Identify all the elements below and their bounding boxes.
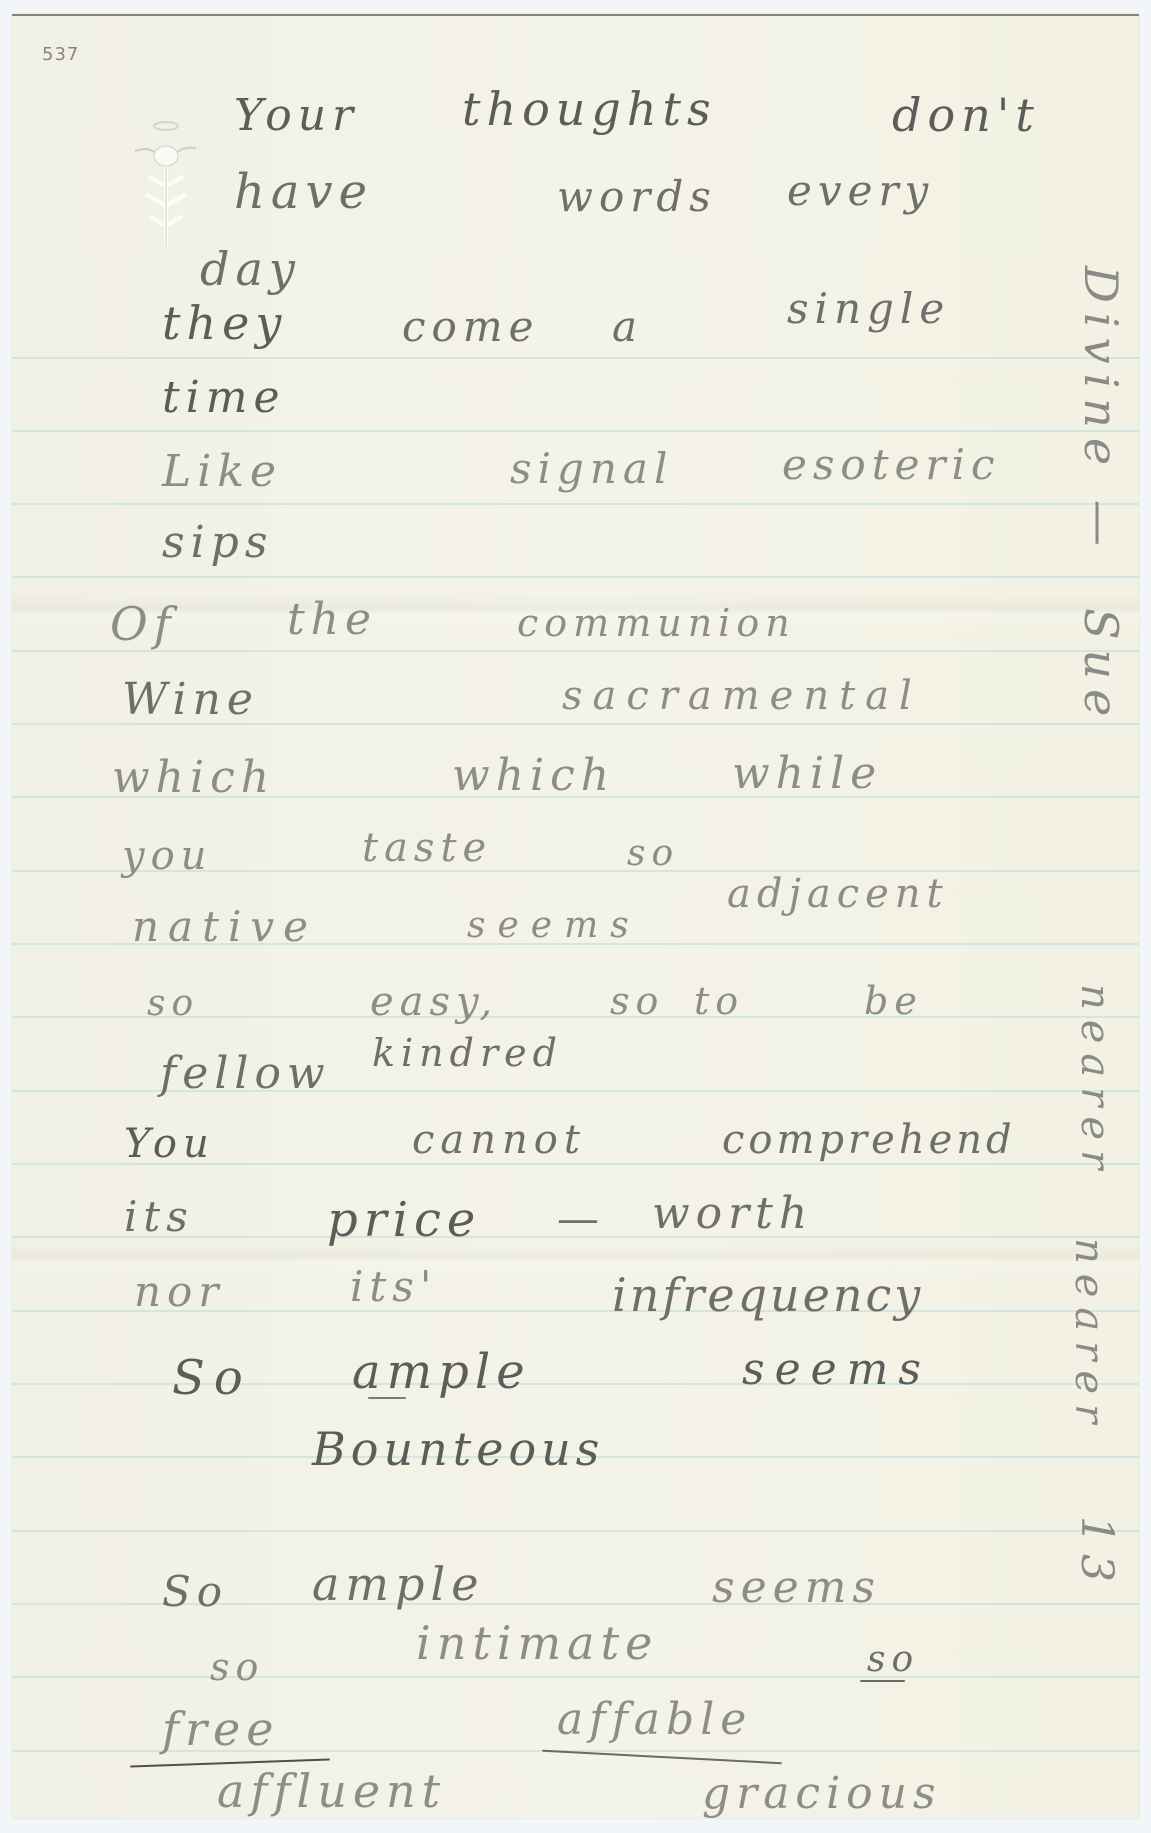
word: Wine — [122, 678, 259, 722]
word: — — [557, 1198, 605, 1240]
word: You — [124, 1124, 215, 1164]
word: which — [112, 756, 275, 800]
word: ample — [312, 1561, 484, 1607]
ruled-line — [12, 576, 1139, 578]
word: affable — [557, 1698, 752, 1742]
ruled-line — [12, 650, 1139, 652]
ruled-line — [12, 1530, 1139, 1532]
word: signal — [510, 448, 673, 490]
word: be — [864, 982, 923, 1020]
word: so — [210, 1648, 264, 1686]
word: gracious — [702, 1772, 942, 1816]
page-number: 537 — [42, 44, 79, 65]
word: seems — [467, 908, 641, 944]
margin-note: 13 — [1071, 1516, 1122, 1592]
word: communion — [517, 604, 796, 642]
word: don't — [892, 92, 1040, 138]
word: affluent — [217, 1768, 446, 1814]
word: cannot — [412, 1120, 586, 1160]
word: day — [200, 246, 301, 292]
word: time — [162, 376, 286, 420]
word: have — [234, 168, 373, 216]
word: Bounteous — [312, 1426, 604, 1472]
word: sacramental — [562, 676, 922, 716]
word: sips — [162, 521, 273, 565]
word: easy, — [370, 982, 498, 1022]
word: Like — [162, 450, 282, 494]
word: you — [122, 836, 212, 876]
word: seems — [712, 1566, 881, 1610]
word: while — [732, 752, 882, 796]
margin-note: nearer — [1072, 984, 1118, 1179]
margin-note: Divine — — [1074, 266, 1128, 556]
word: worth — [652, 1192, 813, 1236]
word: So — [172, 1354, 252, 1402]
word: its — [124, 1196, 194, 1238]
word: kindred — [372, 1034, 563, 1072]
word: esoteric — [782, 444, 1000, 486]
word: fellow — [160, 1052, 331, 1096]
ruled-line — [12, 357, 1139, 359]
word: its' — [350, 1266, 437, 1308]
word: Your — [234, 94, 359, 138]
word: the — [287, 598, 377, 642]
word: a — [612, 306, 643, 348]
word: price — [327, 1196, 481, 1244]
word: So — [162, 1571, 228, 1613]
word: which — [452, 754, 615, 798]
word: words — [557, 176, 717, 218]
ruled-line — [12, 1676, 1139, 1678]
word: come — [402, 306, 540, 348]
macron-mark — [368, 1397, 406, 1399]
ruled-line — [12, 503, 1139, 505]
word: taste — [362, 828, 492, 868]
word: free — [162, 1706, 279, 1752]
word: infrequency — [612, 1272, 923, 1318]
margin-note: nearer — [1066, 1238, 1112, 1433]
word: so — [867, 1642, 919, 1678]
word: thoughts — [462, 86, 717, 132]
word: comprehend — [722, 1120, 1016, 1160]
word: so — [610, 982, 664, 1020]
word: to — [694, 982, 744, 1020]
word: adjacent — [727, 874, 949, 914]
word: every — [787, 170, 934, 212]
word: Of — [110, 601, 177, 647]
underline-mark — [860, 1680, 905, 1682]
word: native — [132, 906, 317, 948]
word: seems — [742, 1348, 931, 1392]
thistle-emboss-icon — [130, 116, 200, 256]
word: intimate — [416, 1620, 658, 1666]
ruled-line — [12, 430, 1139, 432]
word: ample — [352, 1348, 531, 1396]
manuscript-page: 537 Your thoughts don't have words every… — [12, 14, 1139, 1818]
word: single — [787, 288, 950, 330]
word: so — [627, 836, 679, 872]
word: they — [162, 300, 287, 346]
word: nor — [134, 1271, 224, 1313]
margin-note: Sue — [1074, 608, 1128, 726]
word: so — [147, 986, 199, 1022]
